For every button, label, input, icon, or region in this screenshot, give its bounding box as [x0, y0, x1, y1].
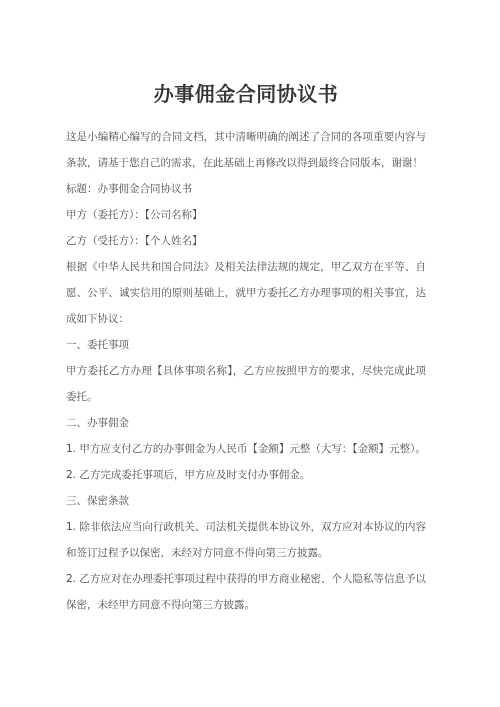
section-1-heading: 一、委托事项: [66, 332, 426, 358]
section-2-clause-1: 1. 甲方应支付乙方的办事佣金为人民币【金额】元整（大写：【金额】元整）。: [66, 436, 426, 462]
section-3-heading: 三、保密条款: [66, 488, 426, 514]
section-3-clause-1: 1. 除非依法应当向行政机关、司法机关提供本协议外，双方应对本协议的内容和签订过…: [66, 514, 426, 566]
section-2-heading: 二、办事佣金: [66, 410, 426, 436]
preamble-paragraph: 根据《中华人民共和国合同法》及相关法律法规的规定，甲乙双方在平等、自愿、公平、诚…: [66, 254, 426, 332]
party-b-line: 乙方（受托方）：【个人姓名】: [66, 228, 426, 254]
title-line: 标题：办事佣金合同协议书: [66, 176, 426, 202]
section-3-clause-2: 2. 乙方应对在办理委托事项过程中获得的甲方商业秘密、个人隐私等信息予以保密，未…: [66, 566, 426, 618]
section-2-clause-2: 2. 乙方完成委托事项后，甲方应及时支付办事佣金。: [66, 462, 426, 488]
document-title: 办事佣金合同协议书: [0, 0, 500, 108]
intro-paragraph: 这是小编精心编写的合同文档，其中清晰明确的阐述了合同的各项重要内容与条款，请基于…: [66, 124, 426, 176]
document-body: 这是小编精心编写的合同文档，其中清晰明确的阐述了合同的各项重要内容与条款，请基于…: [66, 124, 426, 618]
party-a-line: 甲方（委托方）：【公司名称】: [66, 202, 426, 228]
document-page: 办事佣金合同协议书 这是小编精心编写的合同文档，其中清晰明确的阐述了合同的各项重…: [0, 0, 500, 707]
section-1-clause: 甲方委托乙方办理【具体事项名称】，乙方应按照甲方的要求，尽快完成此项委托。: [66, 358, 426, 410]
